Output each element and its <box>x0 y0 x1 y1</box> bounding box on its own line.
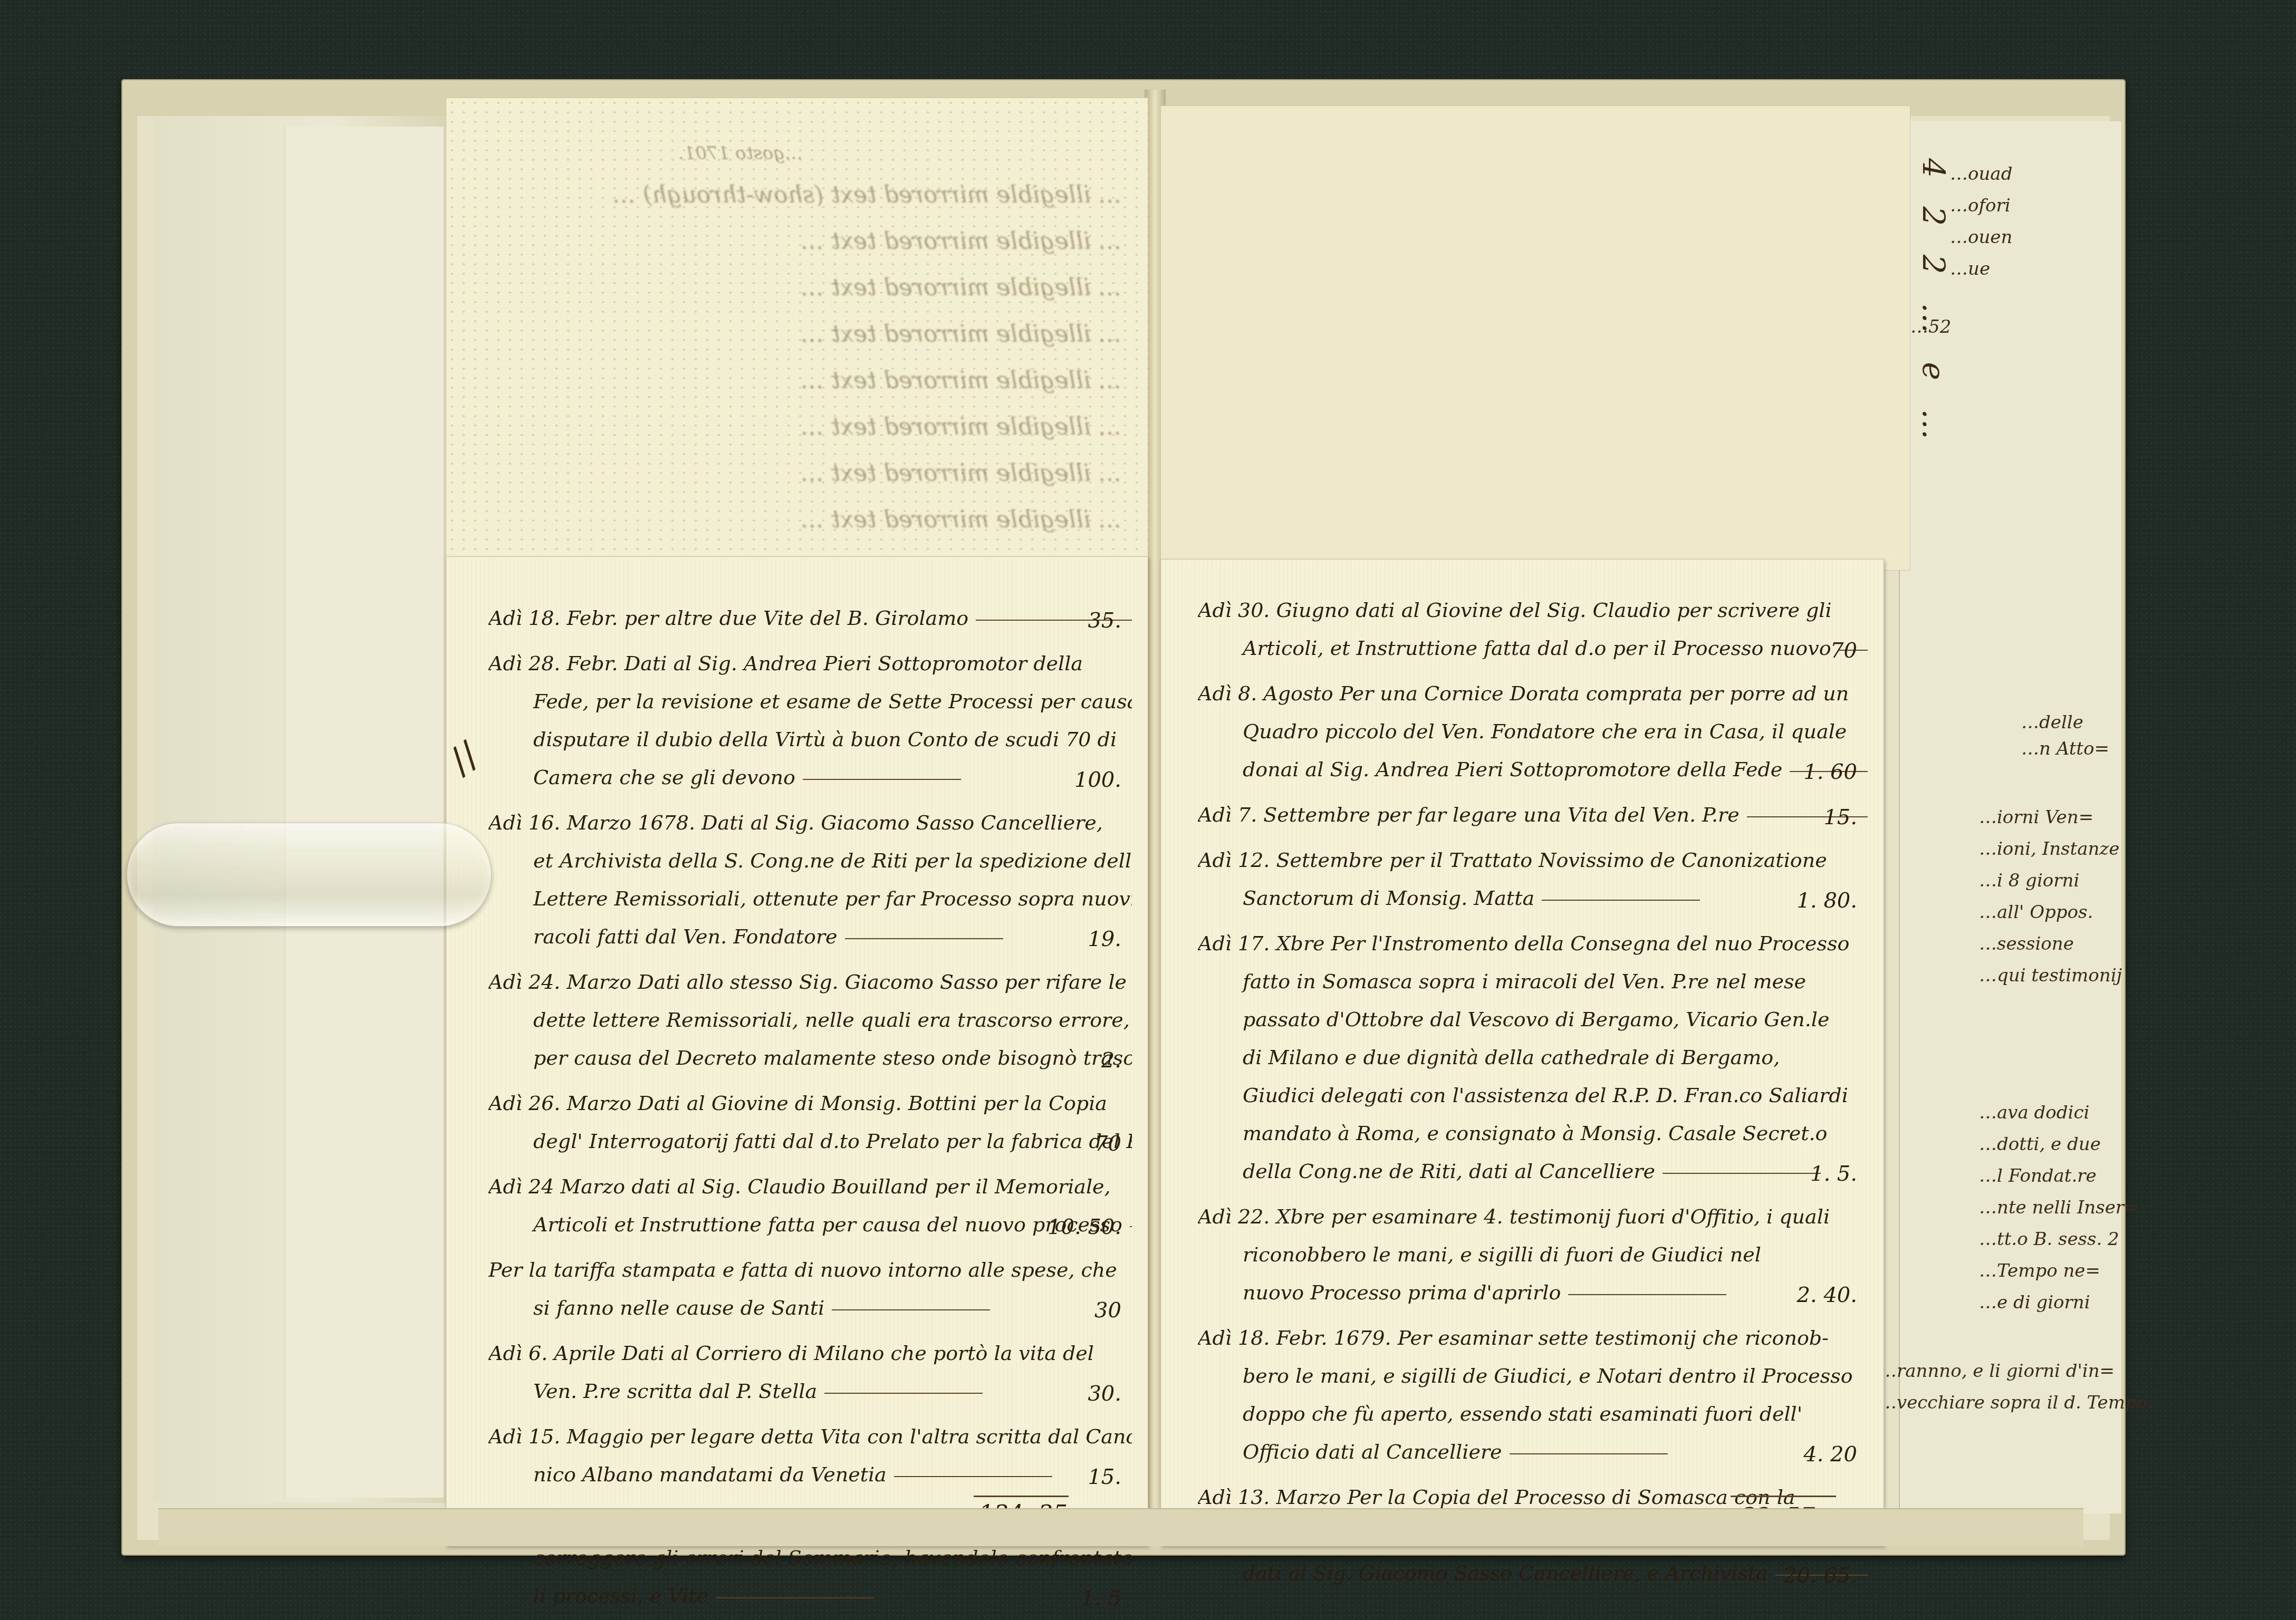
entry-line-text: Adì 12. Settembre per il Trattato Noviss… <box>1198 848 1827 872</box>
entry-line-text: Adì 22. Xbre per esaminare 4. testimonij… <box>1198 1205 1830 1228</box>
leader-line <box>894 1476 1052 1477</box>
entry-line: Adì 26. Marzo Dati al Giovine di Monsig.… <box>488 1084 1132 1122</box>
total-rule <box>974 1496 1069 1497</box>
left-ledger-page: // Adì 18. Febr. per altre due Vite del … <box>446 556 1148 1546</box>
entry-amount: 70 <box>1830 639 1857 663</box>
entry-line: dette lettere Remissoriali, nelle quali … <box>488 1001 1132 1039</box>
edge-fragment: …all' Oppos. <box>1979 902 2093 923</box>
glass-weight-object <box>127 823 492 927</box>
folder-bottom-edge <box>158 1508 2083 1546</box>
ledger-entry: Adì 18. Febr. per altre due Vite del B. … <box>488 599 1132 637</box>
bleed-through-text: … illegible mirrored text (show-through)… <box>478 172 1121 543</box>
entry-line-text: Lettere Remissoriali, ottenute per far P… <box>533 887 1132 910</box>
page-heading-mirrored: …gosto 1701. <box>678 143 803 164</box>
entry-line: Adì 18. Febr. per altre due Vite del B. … <box>488 599 1132 637</box>
ledger-entry: Adì 16. Marzo 1678. Dati al Sig. Giacomo… <box>488 804 1132 956</box>
entry-line: Sanctorum di Monsig. Matta <box>1198 879 1868 917</box>
entry-line-text: correggere gli errori del Sommario, have… <box>533 1546 1132 1569</box>
edge-fragment: …iorni Ven= <box>1979 807 2093 828</box>
entry-line-text: fatto in Somasca sopra i miracoli del Ve… <box>1243 970 1806 993</box>
entry-amount: 15. <box>1823 805 1857 830</box>
entry-line-text: disputare il dubio della Virtù à buon Co… <box>533 728 1117 751</box>
entry-line: Camera che se gli devono <box>488 758 1132 796</box>
entry-line: Quadro piccolo del Ven. Fondatore che er… <box>1198 712 1868 750</box>
entry-line-text: mandato à Roma, e consignato à Monsig. C… <box>1243 1122 1827 1145</box>
ledger-entry: Adì 8. Agosto Per una Cornice Dorata com… <box>1198 674 1868 788</box>
edge-fragment: …delle <box>2021 712 2083 733</box>
right-ledger-page: Adì 30. Giugno dati al Giovine del Sig. … <box>1160 559 1884 1546</box>
leader-line <box>1130 1226 1132 1227</box>
edge-fragment: …sessione <box>1979 933 2074 954</box>
entry-line: Adì 24. Marzo Dati allo stesso Sig. Giac… <box>488 963 1132 1001</box>
edge-fragment: …tt.o B. sess. 2 <box>1979 1229 2119 1250</box>
ledger-entry: Adì 12. Settembre per il Trattato Noviss… <box>1198 841 1868 917</box>
margin-slash-mark: // <box>441 733 487 783</box>
entry-line-text: li processi, e Vite <box>533 1584 708 1607</box>
entry-line-text: Quadro piccolo del Ven. Fondatore che er… <box>1243 720 1847 743</box>
entry-amount: 100. <box>1074 768 1121 792</box>
entry-line: li processi, e Vite <box>488 1577 1132 1615</box>
entry-text: Per la tariffa stampata e fatta di nuovo… <box>488 1251 1132 1327</box>
entry-line-text: bero le mani, e sigilli de Giudici, e No… <box>1243 1364 1853 1387</box>
bleed-line: … illegible mirrored text … <box>478 497 1121 543</box>
entry-line: Lettere Remissoriali, ottenute per far P… <box>488 880 1132 918</box>
entry-line-text: per causa del Decreto malamente steso on… <box>533 1046 1132 1069</box>
entry-amount: 10. 50. <box>1048 1215 1121 1239</box>
bleed-line: … illegible mirrored text … <box>478 450 1121 497</box>
entry-line-text: Adì 18. Febr. 1679. Per esaminar sette t… <box>1198 1326 1829 1349</box>
entry-line: Adì 22. Xbre per esaminare 4. testimonij… <box>1198 1198 1868 1236</box>
entry-line: Articoli et Instruttione fatta per causa… <box>488 1206 1132 1243</box>
ledger-entry: Adì 30. Giugno dati al Giovine del Sig. … <box>1198 591 1868 667</box>
entry-text: Adì 24 Marzo dati al Sig. Claudio Bouill… <box>488 1168 1132 1243</box>
entry-amount: 20. 65. <box>1783 1564 1857 1588</box>
entry-line-text: riconobbero le mani, e sigilli di fuori … <box>1243 1243 1761 1266</box>
leader-line <box>845 938 1003 939</box>
entry-line-text: Adì 17. Xbre Per l'Instromento della Con… <box>1198 932 1849 955</box>
entry-line-text: Adì 16. Marzo 1678. Dati al Sig. Giacomo… <box>488 811 1103 834</box>
entry-line-text: doppo che fù aperto, essendo stati esami… <box>1243 1402 1802 1425</box>
entry-amount: 70 <box>1094 1132 1121 1156</box>
entry-line: fatto in Somasca sopra i miracoli del Ve… <box>1198 962 1868 1000</box>
entry-line: Per la tariffa stampata e fatta di nuovo… <box>488 1251 1132 1289</box>
edge-fragment: …nte nelli Inser= <box>1979 1197 2139 1218</box>
leader-line <box>1542 900 1700 901</box>
entry-text: Adì 12. Settembre per il Trattato Noviss… <box>1198 841 1868 917</box>
entry-line: per causa del Decreto malamente steso on… <box>488 1039 1132 1077</box>
entry-line: passato d'Ottobre dal Vescovo di Bergamo… <box>1198 1000 1868 1038</box>
entry-line: Adì 16. Marzo 1678. Dati al Sig. Giacomo… <box>488 804 1132 842</box>
bleed-line: … illegible mirrored text (show-through)… <box>478 172 1121 218</box>
entry-amount: 1. 5 <box>1081 1586 1121 1611</box>
ledger-entry: Per la tariffa stampata e fatta di nuovo… <box>488 1251 1132 1327</box>
ledger-entry: Adì 6. Aprile Dati al Corriero di Milano… <box>488 1334 1132 1410</box>
entry-line-text: et Archivista della S. Cong.ne de Riti p… <box>533 849 1132 872</box>
ledger-entry: Adì 28. Febr. Dati al Sig. Andrea Pieri … <box>488 644 1132 796</box>
entry-line: Adì 8. Agosto Per una Cornice Dorata com… <box>1198 674 1868 712</box>
ledger-entry: Adì 22. Xbre per esaminare 4. testimonij… <box>1198 1198 1868 1312</box>
entry-text: Adì 18. Febr. per altre due Vite del B. … <box>488 599 1132 637</box>
entry-line-text: Adì 18. Febr. per altre due Vite del B. … <box>488 606 968 630</box>
entry-line-text: Adì 6. Aprile Dati al Corriero di Milano… <box>488 1342 1094 1365</box>
entry-line-text: Articoli et Instruttione fatta per causa… <box>533 1213 1122 1236</box>
entry-text: Adì 16. Marzo 1678. Dati al Sig. Giacomo… <box>488 804 1132 956</box>
entry-amount: 35. <box>1088 609 1121 633</box>
entry-line-text: Adì 28. Febr. Dati al Sig. Andrea Pieri … <box>488 652 1083 675</box>
entry-line-text: Articoli, et Instruttione fatta dal d.o … <box>1243 637 1831 660</box>
total-rule <box>1731 1496 1836 1497</box>
entry-line-text: Adì 24. Marzo Dati allo stesso Sig. Giac… <box>488 970 1127 994</box>
edge-fragment: …n Atto= <box>2021 738 2109 759</box>
entry-line-text: Giudici delegati con l'assistenza del R.… <box>1243 1084 1848 1107</box>
entry-line-text: nico Albano mandatami da Venetia <box>533 1463 887 1486</box>
entry-line: degl' Interrogatorij fatti dal d.to Prel… <box>488 1122 1132 1160</box>
entry-text: Adì 26. Marzo Dati al Giovine di Monsig.… <box>488 1084 1132 1160</box>
entry-line: nuovo Processo prima d'aprirlo <box>1198 1274 1868 1312</box>
entry-line: Adì 7. Settembre per far legare una Vita… <box>1198 796 1868 834</box>
entry-amount: 30. <box>1088 1382 1121 1406</box>
leader-line <box>832 1309 990 1310</box>
entry-text: Adì 18. Febr. 1679. Per esaminar sette t… <box>1198 1319 1868 1471</box>
entry-line-text: Adì 30. Giugno dati al Giovine del Sig. … <box>1198 599 1832 622</box>
upper-left-page: …gosto 1701. … illegible mirrored text (… <box>446 98 1148 573</box>
entry-line-text: racoli fatti dal Ven. Fondatore <box>533 925 838 948</box>
leader-line <box>1568 1294 1726 1295</box>
edge-fragment: …rannno, e li giorni d'in= <box>1879 1361 2115 1382</box>
entry-text: Adì 30. Giugno dati al Giovine del Sig. … <box>1198 591 1868 667</box>
entry-line: donai al Sig. Andrea Pieri Sottopromotor… <box>1198 750 1868 788</box>
entry-text: Adì 24. Marzo Dati allo stesso Sig. Giac… <box>488 963 1132 1077</box>
entry-amount: 30 <box>1094 1298 1121 1323</box>
entry-line: Adì 6. Aprile Dati al Corriero di Milano… <box>488 1334 1132 1372</box>
entry-line: et Archivista della S. Cong.ne de Riti p… <box>488 842 1132 880</box>
bleed-line: … illegible mirrored text … <box>478 265 1121 311</box>
entry-line: mandato à Roma, e consignato à Monsig. C… <box>1198 1114 1868 1152</box>
entry-line: Adì 28. Febr. Dati al Sig. Andrea Pieri … <box>488 644 1132 682</box>
leader-line <box>1663 1173 1821 1174</box>
entry-line-text: Fede, per la revisione et esame de Sette… <box>533 690 1132 713</box>
entry-line-text: Adì 26. Marzo Dati al Giovine di Monsig.… <box>488 1092 1107 1115</box>
entry-line: Adì 15. Maggio per legare detta Vita con… <box>488 1417 1132 1455</box>
entry-line: bero le mani, e sigilli de Giudici, e No… <box>1198 1357 1868 1395</box>
folder-flap-strip <box>285 127 444 1498</box>
entry-text: Adì 15. Maggio per legare detta Vita con… <box>488 1417 1132 1493</box>
entry-amount: 19. <box>1088 927 1121 951</box>
ledger-entry: Adì 17. Xbre Per l'Instromento della Con… <box>1198 924 1868 1190</box>
entry-text: Adì 28. Febr. Dati al Sig. Andrea Pieri … <box>488 644 1132 796</box>
edge-fragment: …ue <box>1950 258 1990 279</box>
entry-line-text: della Cong.ne de Riti, dati al Cancellie… <box>1243 1160 1655 1183</box>
entry-text: Adì 7. Settembre per far legare una Vita… <box>1198 796 1868 834</box>
ledger-entry: Adì 24 Marzo dati al Sig. Claudio Bouill… <box>488 1168 1132 1243</box>
entry-line-text: nuovo Processo prima d'aprirlo <box>1243 1281 1561 1304</box>
entry-line: disputare il dubio della Virtù à buon Co… <box>488 720 1132 758</box>
entry-line: si fanno nelle cause de Santi <box>488 1289 1132 1327</box>
entry-line-text: Adì 24 Marzo dati al Sig. Claudio Bouill… <box>488 1175 1111 1198</box>
upper-right-blank-page <box>1160 105 1910 571</box>
entry-line-text: Officio dati al Cancelliere <box>1243 1440 1502 1463</box>
entry-line-text: si fanno nelle cause de Santi <box>533 1296 824 1319</box>
leader-line <box>803 779 961 780</box>
edge-fragment: …dotti, e due <box>1979 1134 2101 1155</box>
ledger-entry: Adì 24. Marzo Dati allo stesso Sig. Giac… <box>488 963 1132 1077</box>
edge-fragment: …ouen <box>1950 227 2012 248</box>
entry-line: Adì 18. Febr. 1679. Per esaminar sette t… <box>1198 1319 1868 1357</box>
edge-fragment: …ofori <box>1950 195 2011 216</box>
entry-line: Giudici delegati con l'assistenza del R.… <box>1198 1076 1868 1114</box>
entry-line: Adì 12. Settembre per il Trattato Noviss… <box>1198 841 1868 879</box>
entry-line-text: di Milano e due dignità della cathedrale… <box>1243 1046 1780 1069</box>
entry-line: dati al Sig. Giacomo Sasso Cancelliere, … <box>1198 1554 1868 1592</box>
leader-line <box>1510 1453 1668 1454</box>
entry-line-text: Adì 7. Settembre per far legare una Vita… <box>1198 803 1740 826</box>
entry-line: Ven. P.re scritta dal P. Stella <box>488 1372 1132 1410</box>
bleed-line: … illegible mirrored text … <box>478 218 1121 265</box>
entry-line: Adì 17. Xbre Per l'Instromento della Con… <box>1198 924 1868 962</box>
entry-text: Adì 6. Aprile Dati al Corriero di Milano… <box>488 1334 1132 1410</box>
ledger-entries: Adì 18. Febr. per altre due Vite del B. … <box>488 599 1132 1620</box>
edge-fragment: …e di giorni <box>1979 1292 2090 1313</box>
entry-line: Articoli, et Instruttione fatta dal d.o … <box>1198 629 1868 667</box>
entry-text: Adì 8. Agosto Per una Cornice Dorata com… <box>1198 674 1868 788</box>
ledger-entry: Adì 7. Settembre per far legare una Vita… <box>1198 796 1868 834</box>
entry-line: Adì 30. Giugno dati al Giovine del Sig. … <box>1198 591 1868 629</box>
ledger-entry: Adì 15. Maggio per legare detta Vita con… <box>488 1417 1132 1493</box>
entry-line: doppo che fù aperto, essendo stati esami… <box>1198 1395 1868 1433</box>
entry-line: nico Albano mandatami da Venetia <box>488 1455 1132 1493</box>
edge-fragment: …i 8 giorni <box>1979 870 2079 891</box>
ledger-entry: Adì 18. Febr. 1679. Per esaminar sette t… <box>1198 1319 1868 1471</box>
entry-amount: 15. <box>1088 1465 1121 1489</box>
entry-line-text: Per la tariffa stampata e fatta di nuovo… <box>488 1258 1117 1281</box>
entry-amount: 1. 5. <box>1810 1162 1857 1186</box>
bleed-line: … illegible mirrored text … <box>478 404 1121 450</box>
entry-text: Adì 17. Xbre Per l'Instromento della Con… <box>1198 924 1868 1190</box>
edge-fragment: …Tempo ne= <box>1979 1260 2100 1281</box>
entry-line-text: degl' Interrogatorij fatti dal d.to Prel… <box>533 1130 1132 1153</box>
entry-amount: 2. 40. <box>1797 1283 1858 1307</box>
entry-amount: 2. <box>1101 1048 1121 1073</box>
entry-line-text: passato d'Ottobre dal Vescovo di Bergamo… <box>1243 1008 1829 1031</box>
entry-line: racoli fatti dal Ven. Fondatore <box>488 918 1132 956</box>
entry-line-text: Adì 13. Marzo Per la Copia del Processo … <box>1198 1486 1795 1509</box>
edge-fragment: …ava dodici <box>1979 1102 2089 1123</box>
entry-text: Adì 22. Xbre per esaminare 4. testimonij… <box>1198 1198 1868 1312</box>
leader-line <box>824 1393 983 1394</box>
entry-line-text: dette lettere Remissoriali, nelle quali … <box>533 1008 1130 1031</box>
entry-line-text: Ven. P.re scritta dal P. Stella <box>533 1380 817 1403</box>
entry-amount: 1. 60 <box>1803 760 1857 784</box>
entry-line: Officio dati al Cancelliere <box>1198 1433 1868 1471</box>
entry-line-text: Camera che se gli devono <box>533 766 795 789</box>
entry-line-text: Adì 8. Agosto Per una Cornice Dorata com… <box>1198 682 1849 705</box>
bleed-line: … illegible mirrored text … <box>478 311 1121 358</box>
entry-line-text: Adì 15. Maggio per legare detta Vita con… <box>488 1425 1132 1448</box>
entry-amount: 1. 80. <box>1797 889 1858 913</box>
bleed-line: … illegible mirrored text … <box>478 358 1121 404</box>
edge-fragment: …vecchiare sopra il d. Tempo. <box>1879 1392 2153 1413</box>
edge-fragment: …l Fondat.re <box>1979 1165 2097 1187</box>
leader-line <box>716 1597 874 1598</box>
entry-line-text: donai al Sig. Andrea Pieri Sottopromotor… <box>1243 758 1782 781</box>
ledger-entry: Adì 26. Marzo Dati al Giovine di Monsig.… <box>488 1084 1132 1160</box>
edge-fragment: …ioni, Instanze <box>1979 838 2119 860</box>
edge-fragment: …qui testimonij <box>1979 965 2122 986</box>
ledger-entries: Adì 30. Giugno dati al Giovine del Sig. … <box>1198 591 1868 1599</box>
entry-amount: 4. 20 <box>1803 1442 1857 1467</box>
entry-line-text: dati al Sig. Giacomo Sasso Cancelliere, … <box>1243 1561 1768 1585</box>
entry-line: di Milano e due dignità della cathedrale… <box>1198 1038 1868 1076</box>
entry-line: della Cong.ne de Riti, dati al Cancellie… <box>1198 1152 1868 1190</box>
edge-fragment: …ouad <box>1950 163 2012 185</box>
entry-line-text: Sanctorum di Monsig. Matta <box>1243 886 1534 910</box>
entry-line: Fede, per la revisione et esame de Sette… <box>488 682 1132 720</box>
entry-line: Adì 24 Marzo dati al Sig. Claudio Bouill… <box>488 1168 1132 1206</box>
entry-line: riconobbero le mani, e sigilli di fuori … <box>1198 1236 1868 1274</box>
